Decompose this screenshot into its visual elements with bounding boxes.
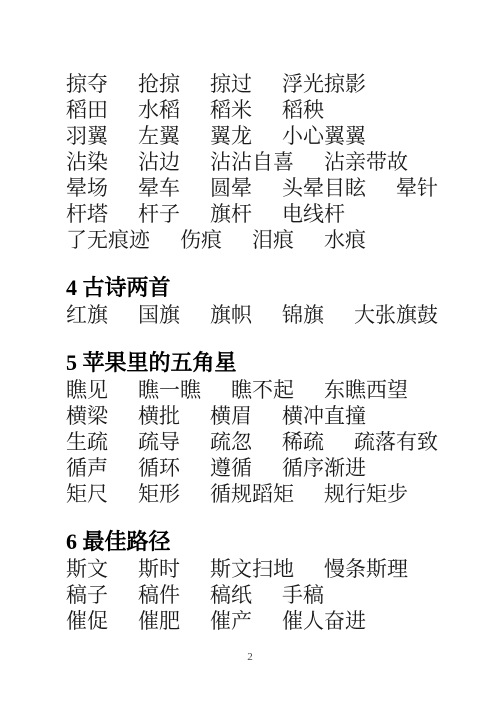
word: 水稻 bbox=[138, 97, 180, 123]
word: 东瞧西望 bbox=[324, 377, 408, 403]
word: 疏忽 bbox=[210, 429, 252, 455]
word-row: 晕场晕车圆晕头晕目眩晕针 bbox=[66, 175, 466, 201]
word: 锦旗 bbox=[282, 302, 324, 328]
word: 圆晕 bbox=[210, 175, 252, 201]
word: 掠过 bbox=[210, 71, 252, 97]
word-row: 杆塔杆子旗杆电线杆 bbox=[66, 201, 466, 227]
section-lesson-4: 4 古诗两首红旗国旗旗帜锦旗大张旗鼓 bbox=[66, 274, 466, 328]
word: 生疏 bbox=[66, 429, 108, 455]
word: 小心翼翼 bbox=[282, 123, 366, 149]
word: 斯文扫地 bbox=[210, 556, 294, 582]
word: 稿件 bbox=[138, 582, 180, 608]
word: 催促 bbox=[66, 608, 108, 634]
word: 循序渐进 bbox=[282, 455, 366, 481]
word: 旗帜 bbox=[210, 302, 252, 328]
word: 循环 bbox=[138, 455, 180, 481]
word: 稻米 bbox=[210, 97, 252, 123]
word-row: 矩尺矩形循规蹈矩规行矩步 bbox=[66, 481, 466, 507]
word: 稿纸 bbox=[210, 582, 252, 608]
word: 瞧一瞧 bbox=[138, 377, 201, 403]
word: 循声 bbox=[66, 455, 108, 481]
word: 沾边 bbox=[138, 149, 180, 175]
word: 晕车 bbox=[138, 175, 180, 201]
word: 掠夺 bbox=[66, 71, 108, 97]
word: 循规蹈矩 bbox=[210, 481, 294, 507]
word: 稻秧 bbox=[282, 97, 324, 123]
word: 电线杆 bbox=[282, 201, 345, 227]
word: 矩尺 bbox=[66, 481, 108, 507]
word: 左翼 bbox=[138, 123, 180, 149]
section-heading: 4 古诗两首 bbox=[66, 274, 466, 302]
word: 催产 bbox=[210, 608, 252, 634]
word: 水痕 bbox=[324, 227, 366, 253]
section-lesson-5: 5 苹果里的五角星瞧见瞧一瞧瞧不起东瞧西望横梁横批横眉横冲直撞生疏疏导疏忽稀疏疏… bbox=[66, 349, 466, 507]
word: 斯时 bbox=[138, 556, 180, 582]
word: 横冲直撞 bbox=[282, 403, 366, 429]
word: 翼龙 bbox=[210, 123, 252, 149]
word-row: 生疏疏导疏忽稀疏疏落有致 bbox=[66, 429, 466, 455]
word: 斯文 bbox=[66, 556, 108, 582]
word: 抢掠 bbox=[138, 71, 180, 97]
section-word-list-top: 掠夺抢掠掠过浮光掠影稻田水稻稻米稻秧羽翼左翼翼龙小心翼翼沾染沾边沾沾自喜沾亲带故… bbox=[66, 71, 466, 253]
word-row: 斯文斯时斯文扫地慢条斯理 bbox=[66, 556, 466, 582]
word: 催肥 bbox=[138, 608, 180, 634]
word: 遵循 bbox=[210, 455, 252, 481]
word: 稻田 bbox=[66, 97, 108, 123]
word: 瞧不起 bbox=[231, 377, 294, 403]
word-row: 稻田水稻稻米稻秧 bbox=[66, 97, 466, 123]
word-row: 瞧见瞧一瞧瞧不起东瞧西望 bbox=[66, 377, 466, 403]
section-lesson-6: 6 最佳路径斯文斯时斯文扫地慢条斯理稿子稿件稿纸手稿催促催肥催产催人奋进 bbox=[66, 528, 466, 634]
word: 慢条斯理 bbox=[324, 556, 408, 582]
word: 矩形 bbox=[138, 481, 180, 507]
document-page: 掠夺抢掠掠过浮光掠影稻田水稻稻米稻秧羽翼左翼翼龙小心翼翼沾染沾边沾沾自喜沾亲带故… bbox=[0, 0, 500, 707]
word: 沾染 bbox=[66, 149, 108, 175]
word: 旗杆 bbox=[210, 201, 252, 227]
word: 晕场 bbox=[66, 175, 108, 201]
word: 了无痕迹 bbox=[66, 227, 150, 253]
word: 杆塔 bbox=[66, 201, 108, 227]
word: 横批 bbox=[138, 403, 180, 429]
word-row: 横梁横批横眉横冲直撞 bbox=[66, 403, 466, 429]
word: 泪痕 bbox=[252, 227, 294, 253]
word: 催人奋进 bbox=[282, 608, 366, 634]
page-number: 2 bbox=[0, 651, 500, 663]
word-row: 羽翼左翼翼龙小心翼翼 bbox=[66, 123, 466, 149]
word: 稿子 bbox=[66, 582, 108, 608]
word: 红旗 bbox=[66, 302, 108, 328]
word-row: 红旗国旗旗帜锦旗大张旗鼓 bbox=[66, 302, 466, 328]
word: 羽翼 bbox=[66, 123, 108, 149]
word: 晕针 bbox=[396, 175, 438, 201]
word-row: 催促催肥催产催人奋进 bbox=[66, 608, 466, 634]
word: 伤痕 bbox=[180, 227, 222, 253]
word: 规行矩步 bbox=[324, 481, 408, 507]
word: 浮光掠影 bbox=[282, 71, 366, 97]
word: 沾沾自喜 bbox=[210, 149, 294, 175]
section-heading: 6 最佳路径 bbox=[66, 528, 466, 556]
word-list-content: 掠夺抢掠掠过浮光掠影稻田水稻稻米稻秧羽翼左翼翼龙小心翼翼沾染沾边沾沾自喜沾亲带故… bbox=[0, 0, 500, 634]
word: 手稿 bbox=[282, 582, 324, 608]
word-row: 循声循环遵循循序渐进 bbox=[66, 455, 466, 481]
word: 国旗 bbox=[138, 302, 180, 328]
word-row: 掠夺抢掠掠过浮光掠影 bbox=[66, 71, 466, 97]
word-row: 沾染沾边沾沾自喜沾亲带故 bbox=[66, 149, 466, 175]
word: 头晕目眩 bbox=[282, 175, 366, 201]
word-row: 稿子稿件稿纸手稿 bbox=[66, 582, 466, 608]
word: 横梁 bbox=[66, 403, 108, 429]
section-heading: 5 苹果里的五角星 bbox=[66, 349, 466, 377]
word: 疏导 bbox=[138, 429, 180, 455]
word: 稀疏 bbox=[282, 429, 324, 455]
word-row: 了无痕迹伤痕泪痕水痕 bbox=[66, 227, 466, 253]
word: 疏落有致 bbox=[354, 429, 438, 455]
word: 大张旗鼓 bbox=[354, 302, 438, 328]
word: 横眉 bbox=[210, 403, 252, 429]
word: 沾亲带故 bbox=[324, 149, 408, 175]
word: 瞧见 bbox=[66, 377, 108, 403]
word: 杆子 bbox=[138, 201, 180, 227]
